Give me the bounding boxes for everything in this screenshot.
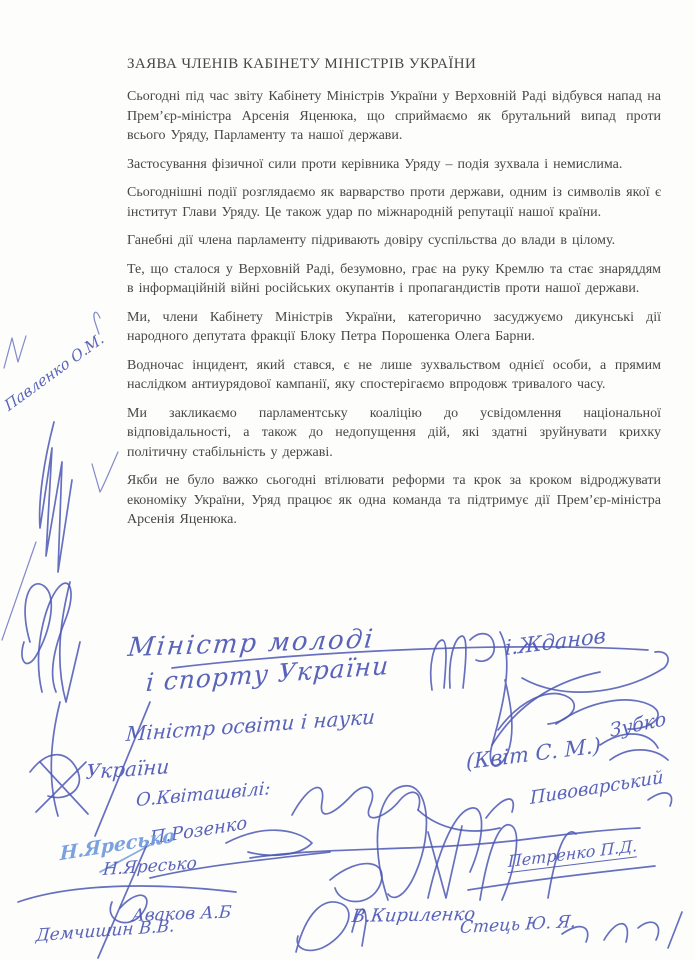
signature-zubko: Зубко xyxy=(609,708,667,742)
signature-stroke xyxy=(492,672,600,745)
signature-stroke xyxy=(94,312,100,334)
signature-stroke xyxy=(522,652,668,692)
signature-stroke xyxy=(51,702,60,816)
signature-kvitashvili: О.Квіташвілі: xyxy=(135,778,271,811)
signature-stets: Стець Ю. Я. xyxy=(459,912,577,938)
signature-stroke xyxy=(39,583,71,692)
signature-stroke xyxy=(296,902,349,952)
signature-stroke xyxy=(377,786,426,900)
signature-pyvovarskyi: Пивоварський xyxy=(530,767,664,809)
signature-stroke xyxy=(604,924,627,942)
signature-stroke xyxy=(548,832,576,898)
signature-stroke xyxy=(486,799,513,818)
signature-stroke xyxy=(4,336,26,368)
signature-minister-education: Міністр освіти і науки xyxy=(125,705,376,747)
signature-stroke xyxy=(22,584,51,664)
signature-stroke xyxy=(110,895,147,922)
signature-rozenko: П.Розенко xyxy=(150,813,247,850)
paragraph-4: Ганебні дії члена парламенту підривають … xyxy=(127,231,661,251)
signature-stroke xyxy=(98,842,148,958)
statement-text: ЗАЯВА ЧЛЕНІВ КАБІНЕТУ МІНІСТРІВ УКРАЇНИ … xyxy=(127,56,661,539)
signature-stroke xyxy=(556,700,658,729)
signature-minister-youth-line2: і спорту України xyxy=(145,651,390,697)
signature-stroke xyxy=(480,825,517,900)
signature-stroke xyxy=(40,422,72,572)
signature-stroke xyxy=(610,750,668,760)
signature-stroke xyxy=(330,864,382,902)
signature-kvit: (Квіт С. М.) xyxy=(466,733,601,774)
signature-stroke xyxy=(250,828,640,858)
signature-demchyshyn: Демчишин В.В. xyxy=(35,916,175,946)
signature-stroke xyxy=(638,922,659,940)
paragraph-6: Ми, члени Кабінету Міністрів України, ка… xyxy=(127,308,661,347)
signature-stroke xyxy=(60,582,80,702)
signature-stroke xyxy=(95,702,150,836)
document-title: ЗАЯВА ЧЛЕНІВ КАБІНЕТУ МІНІСТРІВ УКРАЇНИ xyxy=(127,56,661,73)
signature-stroke xyxy=(150,852,330,878)
signature-stroke xyxy=(470,634,494,662)
signature-kyrylenko: В.Кириленко xyxy=(351,904,477,927)
signature-stroke xyxy=(418,810,500,831)
document-page: ЗАЯВА ЧЛЕНІВ КАБІНЕТУ МІНІСТРІВ УКРАЇНИ … xyxy=(0,0,695,960)
signature-stroke xyxy=(36,762,88,814)
signature-stroke xyxy=(100,845,150,872)
signature-yaresko-light: Н.Яресько xyxy=(60,825,175,866)
signature-stroke xyxy=(292,787,420,818)
paragraph-2: Застосування фізичної сили проти керівни… xyxy=(127,155,661,175)
signature-stroke xyxy=(30,755,79,798)
paragraph-1: Сьогодні під час звіту Кабінету Міністрі… xyxy=(127,87,661,146)
signature-stroke xyxy=(172,647,648,668)
signature-stroke xyxy=(562,927,588,942)
signature-stroke xyxy=(450,636,466,688)
signature-stroke xyxy=(2,542,36,640)
signature-zhdanov: і.Жданов xyxy=(505,624,606,661)
paragraph-3: Сьогоднішні події розглядаємо як варварс… xyxy=(127,183,661,222)
signature-minister-youth-line1: Міністр молоді xyxy=(126,624,376,663)
signature-stroke xyxy=(226,830,312,855)
signature-avakov: Аваков А.Б xyxy=(131,903,232,927)
signature-stroke xyxy=(490,632,512,766)
signature-stroke xyxy=(648,793,672,806)
signature-stroke xyxy=(498,694,574,730)
signature-stroke xyxy=(468,866,655,890)
signature-stroke xyxy=(428,826,462,898)
signature-petrenko: Петренко П.Д. xyxy=(508,836,638,873)
paragraph-7: Водночас інцидент, який стався, є не лиш… xyxy=(127,356,661,395)
signature-stroke xyxy=(18,886,236,902)
signature-pavlenko: Павленко О.М. xyxy=(1,329,106,415)
paragraph-8: Ми закликаємо парламентську коаліцію до … xyxy=(127,404,661,463)
signature-stroke xyxy=(668,912,682,948)
signature-yaresko: Н.Яресько xyxy=(102,853,197,880)
paragraph-5: Те, що сталося у Верховній Раді, безумов… xyxy=(127,260,661,299)
signature-stroke xyxy=(352,909,366,946)
signature-stroke xyxy=(600,734,658,748)
signature-stroke xyxy=(428,808,482,898)
signature-ukrainy: України xyxy=(85,754,170,784)
paragraph-9: Якби не було важко сьогодні втілювати ре… xyxy=(127,471,661,530)
signature-stroke xyxy=(431,640,446,690)
signature-stroke xyxy=(92,452,118,492)
